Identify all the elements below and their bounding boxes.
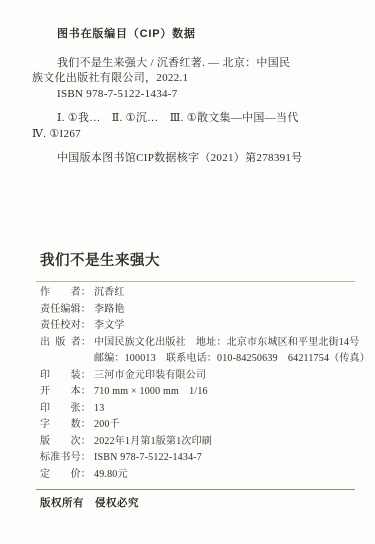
colophon-label: 印 装： [40, 368, 94, 385]
colophon-value: 13 [94, 403, 104, 414]
colophon-row-word-count: 字 数：200千 [40, 417, 370, 434]
colophon-value: 中国民族文化出版社 地址：北京市东城区和平里北街14号 [94, 337, 359, 348]
colophon-row-printer: 印 装：三河市金元印装有限公司 [40, 368, 370, 385]
colophon-value: 邮编：100013 联系电话：010-84250639 64211754（传真） [94, 353, 370, 364]
colophon-value: 李文学 [94, 320, 125, 331]
colophon-label: 责任编辑： [40, 302, 94, 319]
colophon-label: 出 版 者： [40, 335, 94, 352]
colophon-value: 200千 [94, 419, 120, 430]
colophon-row-proofreader: 责任校对：李文学 [40, 318, 370, 335]
colophon-section: 作 者：沉香红 责任编辑：李路艳 责任校对：李文学 出 版 者：中国民族文化出版… [40, 285, 370, 483]
colophon-value: 李路艳 [94, 304, 125, 315]
colophon-value: 49.80元 [94, 469, 128, 480]
colophon-label: 责任校对： [40, 318, 94, 335]
colophon-label: 印 张： [40, 401, 94, 418]
cip-record-line-2: 族文化出版社有限公司，2022.1 [32, 71, 359, 87]
colophon-value: 710 mm × 1000 mm 1/16 [94, 386, 208, 397]
colophon-label: 版 次： [40, 434, 94, 451]
colophon-row-author: 作 者：沉香红 [40, 285, 370, 302]
cip-heading: 图书在版编目（CIP）数据 [32, 27, 359, 43]
copyright-notice: 版权所有 侵权必究 [40, 495, 139, 510]
colophon-label: 字 数： [40, 417, 94, 434]
divider-top [36, 281, 355, 282]
colophon-row-editor: 责任编辑：李路艳 [40, 302, 370, 319]
colophon-label: 标准书号： [40, 450, 94, 467]
colophon-row-publisher-contact: 邮编：100013 联系电话：010-84250639 64211754（传真） [40, 351, 370, 368]
colophon-value: 沉香红 [94, 287, 125, 298]
colophon-value: ISBN 978-7-5122-1434-7 [94, 452, 202, 463]
colophon-row-sheets: 印 张：13 [40, 401, 370, 418]
cip-classification-line-2: Ⅳ. ①I267 [32, 127, 359, 143]
colophon-row-publisher: 出 版 者：中国民族文化出版社 地址：北京市东城区和平里北街14号 [40, 335, 370, 352]
colophon-value: 2022年1月第1版第1次印刷 [94, 436, 212, 447]
colophon-row-price: 定 价：49.80元 [40, 467, 370, 484]
cip-section: 图书在版编目（CIP）数据 我们不是生来强大 / 沉香红著. — 北京：中国民 … [32, 27, 359, 167]
colophon-label: 定 价： [40, 467, 94, 484]
colophon-value: 三河市金元印装有限公司 [94, 370, 206, 381]
colophon-label: 作 者： [40, 285, 94, 302]
cip-classification-line-1: Ⅰ. ①我… Ⅱ. ①沉… Ⅲ. ①散文集—中国—当代 [32, 111, 359, 127]
colophon-row-isbn: 标准书号：ISBN 978-7-5122-1434-7 [40, 450, 370, 467]
book-copyright-page: 图书在版编目（CIP）数据 我们不是生来强大 / 沉香红著. — 北京：中国民 … [0, 0, 375, 544]
colophon-row-format: 开 本：710 mm × 1000 mm 1/16 [40, 384, 370, 401]
colophon-row-edition: 版 次：2022年1月第1版第1次印刷 [40, 434, 370, 451]
divider-bottom [36, 489, 355, 490]
cip-registry-line: 中国版本图书馆CIP数据核字（2021）第278391号 [32, 151, 359, 167]
book-title: 我们不是生来强大 [40, 252, 160, 270]
cip-isbn-line: ISBN 978-7-5122-1434-7 [32, 87, 359, 103]
colophon-label: 开 本： [40, 384, 94, 401]
cip-record-line-1: 我们不是生来强大 / 沉香红著. — 北京：中国民 [32, 56, 359, 72]
